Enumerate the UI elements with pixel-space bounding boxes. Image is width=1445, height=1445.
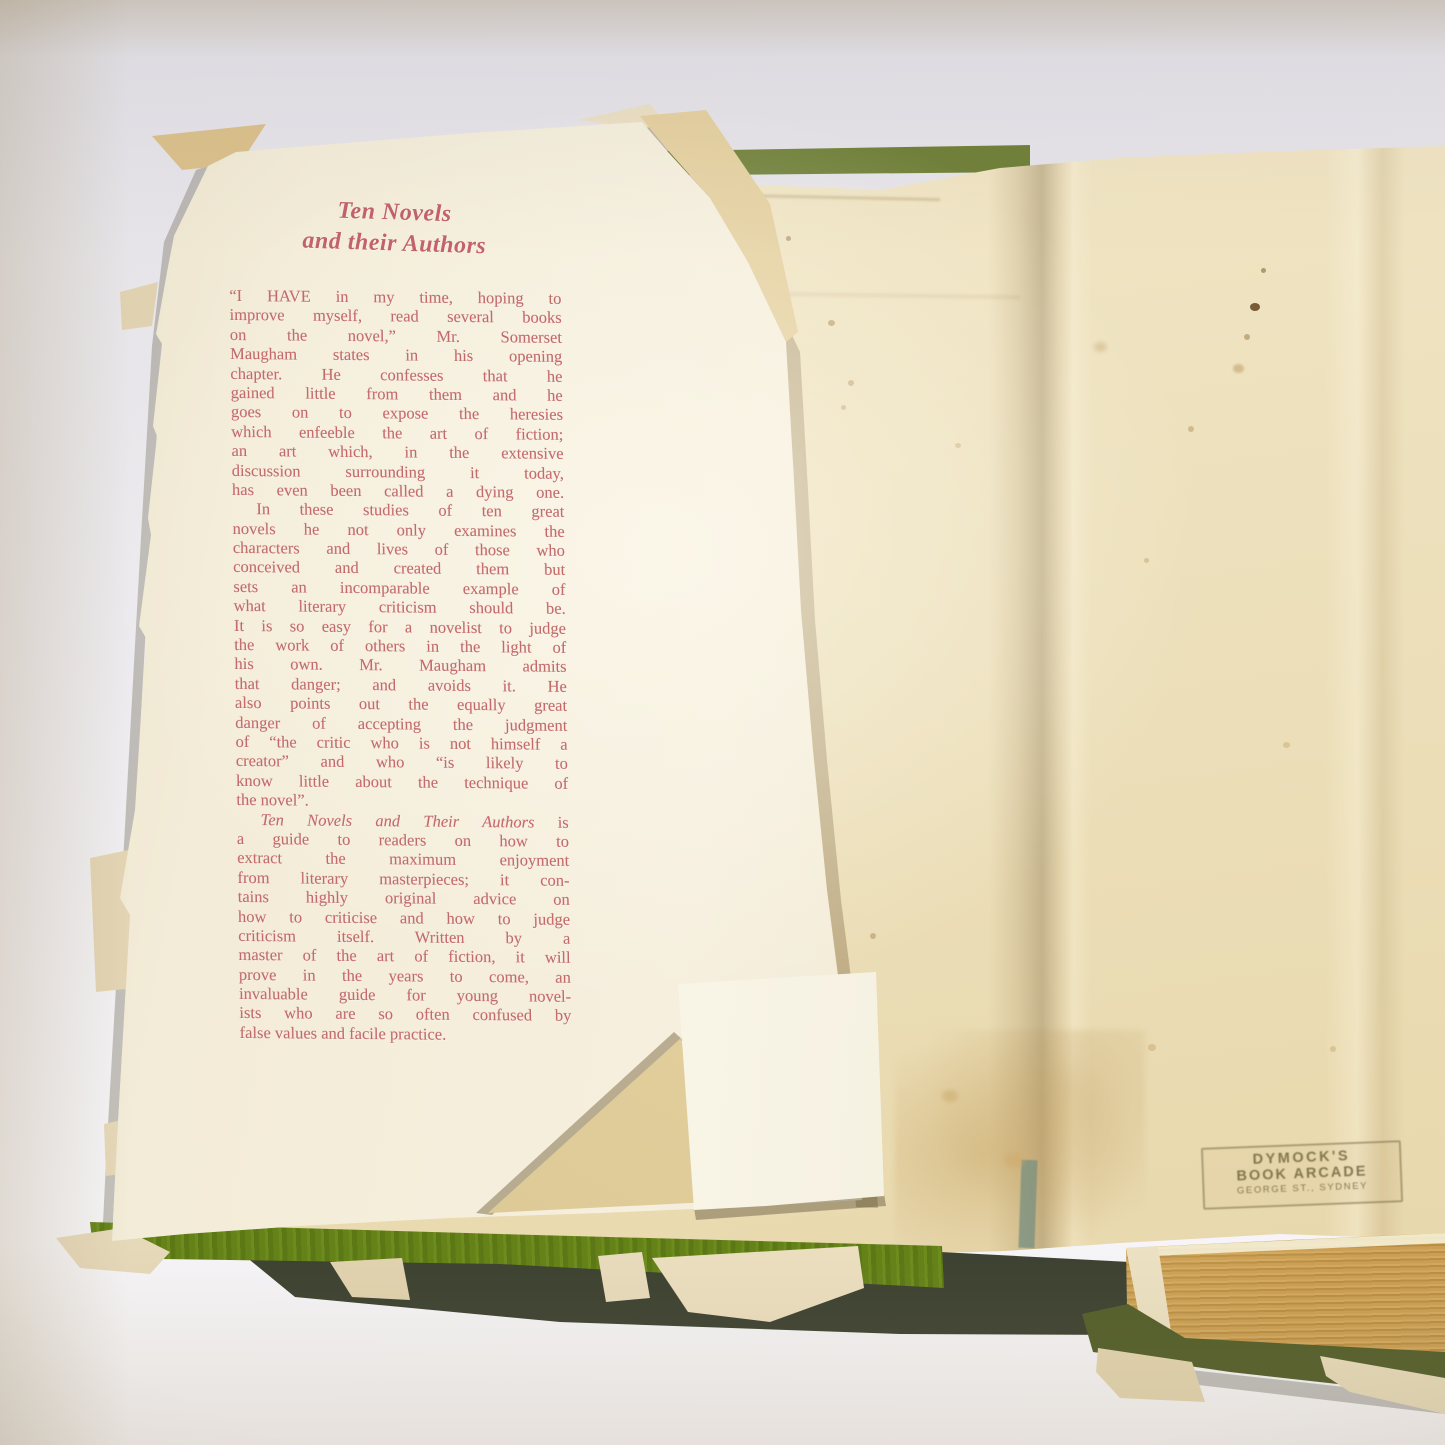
flap-text-line: creator” and who “is likely to: [236, 751, 568, 773]
flap-text-line: also points out the equally great: [235, 693, 567, 715]
flap-text-line: ists who are so often confused by: [239, 1003, 571, 1025]
flap-text-line: goes on to expose the heresies: [231, 402, 563, 424]
flap-blurb: Ten Novels and their Authors “I HAVE in …: [228, 196, 572, 1045]
flap-text-line: conceived and created them but: [233, 557, 565, 579]
flap-shading: [0, 0, 1445, 1445]
flap-text-line: what literary criticism should be.: [234, 596, 566, 618]
flap-text-line: Maugham states in his opening: [230, 344, 562, 366]
flap-text-line: false values and facile practice.: [240, 1023, 572, 1045]
photo-open-book: DYMOCK'S BOOK ARCADE GEORGE ST., SYDNEY …: [0, 0, 1445, 1445]
flap-text-line: extract the maximum enjoyment: [237, 848, 569, 870]
flap-text-line: his own. Mr. Maugham admits: [234, 654, 566, 676]
flap-text-line: tains highly original advice on: [238, 887, 570, 909]
flap-text-line: improve myself, read several books: [230, 305, 562, 327]
flap-book-title-inline: Ten Novels and Their Authors: [261, 810, 535, 831]
flap-body-text: “I HAVE in my time, hoping toimprove mys…: [229, 286, 572, 1045]
flap-text-line: master of the art of fiction, it will: [238, 945, 570, 967]
flap-title: Ten Novels and their Authors: [228, 192, 561, 264]
flap-text-line: an art which, in the extensive: [231, 441, 563, 463]
flap-text-line: In these studies of ten great: [232, 499, 564, 521]
